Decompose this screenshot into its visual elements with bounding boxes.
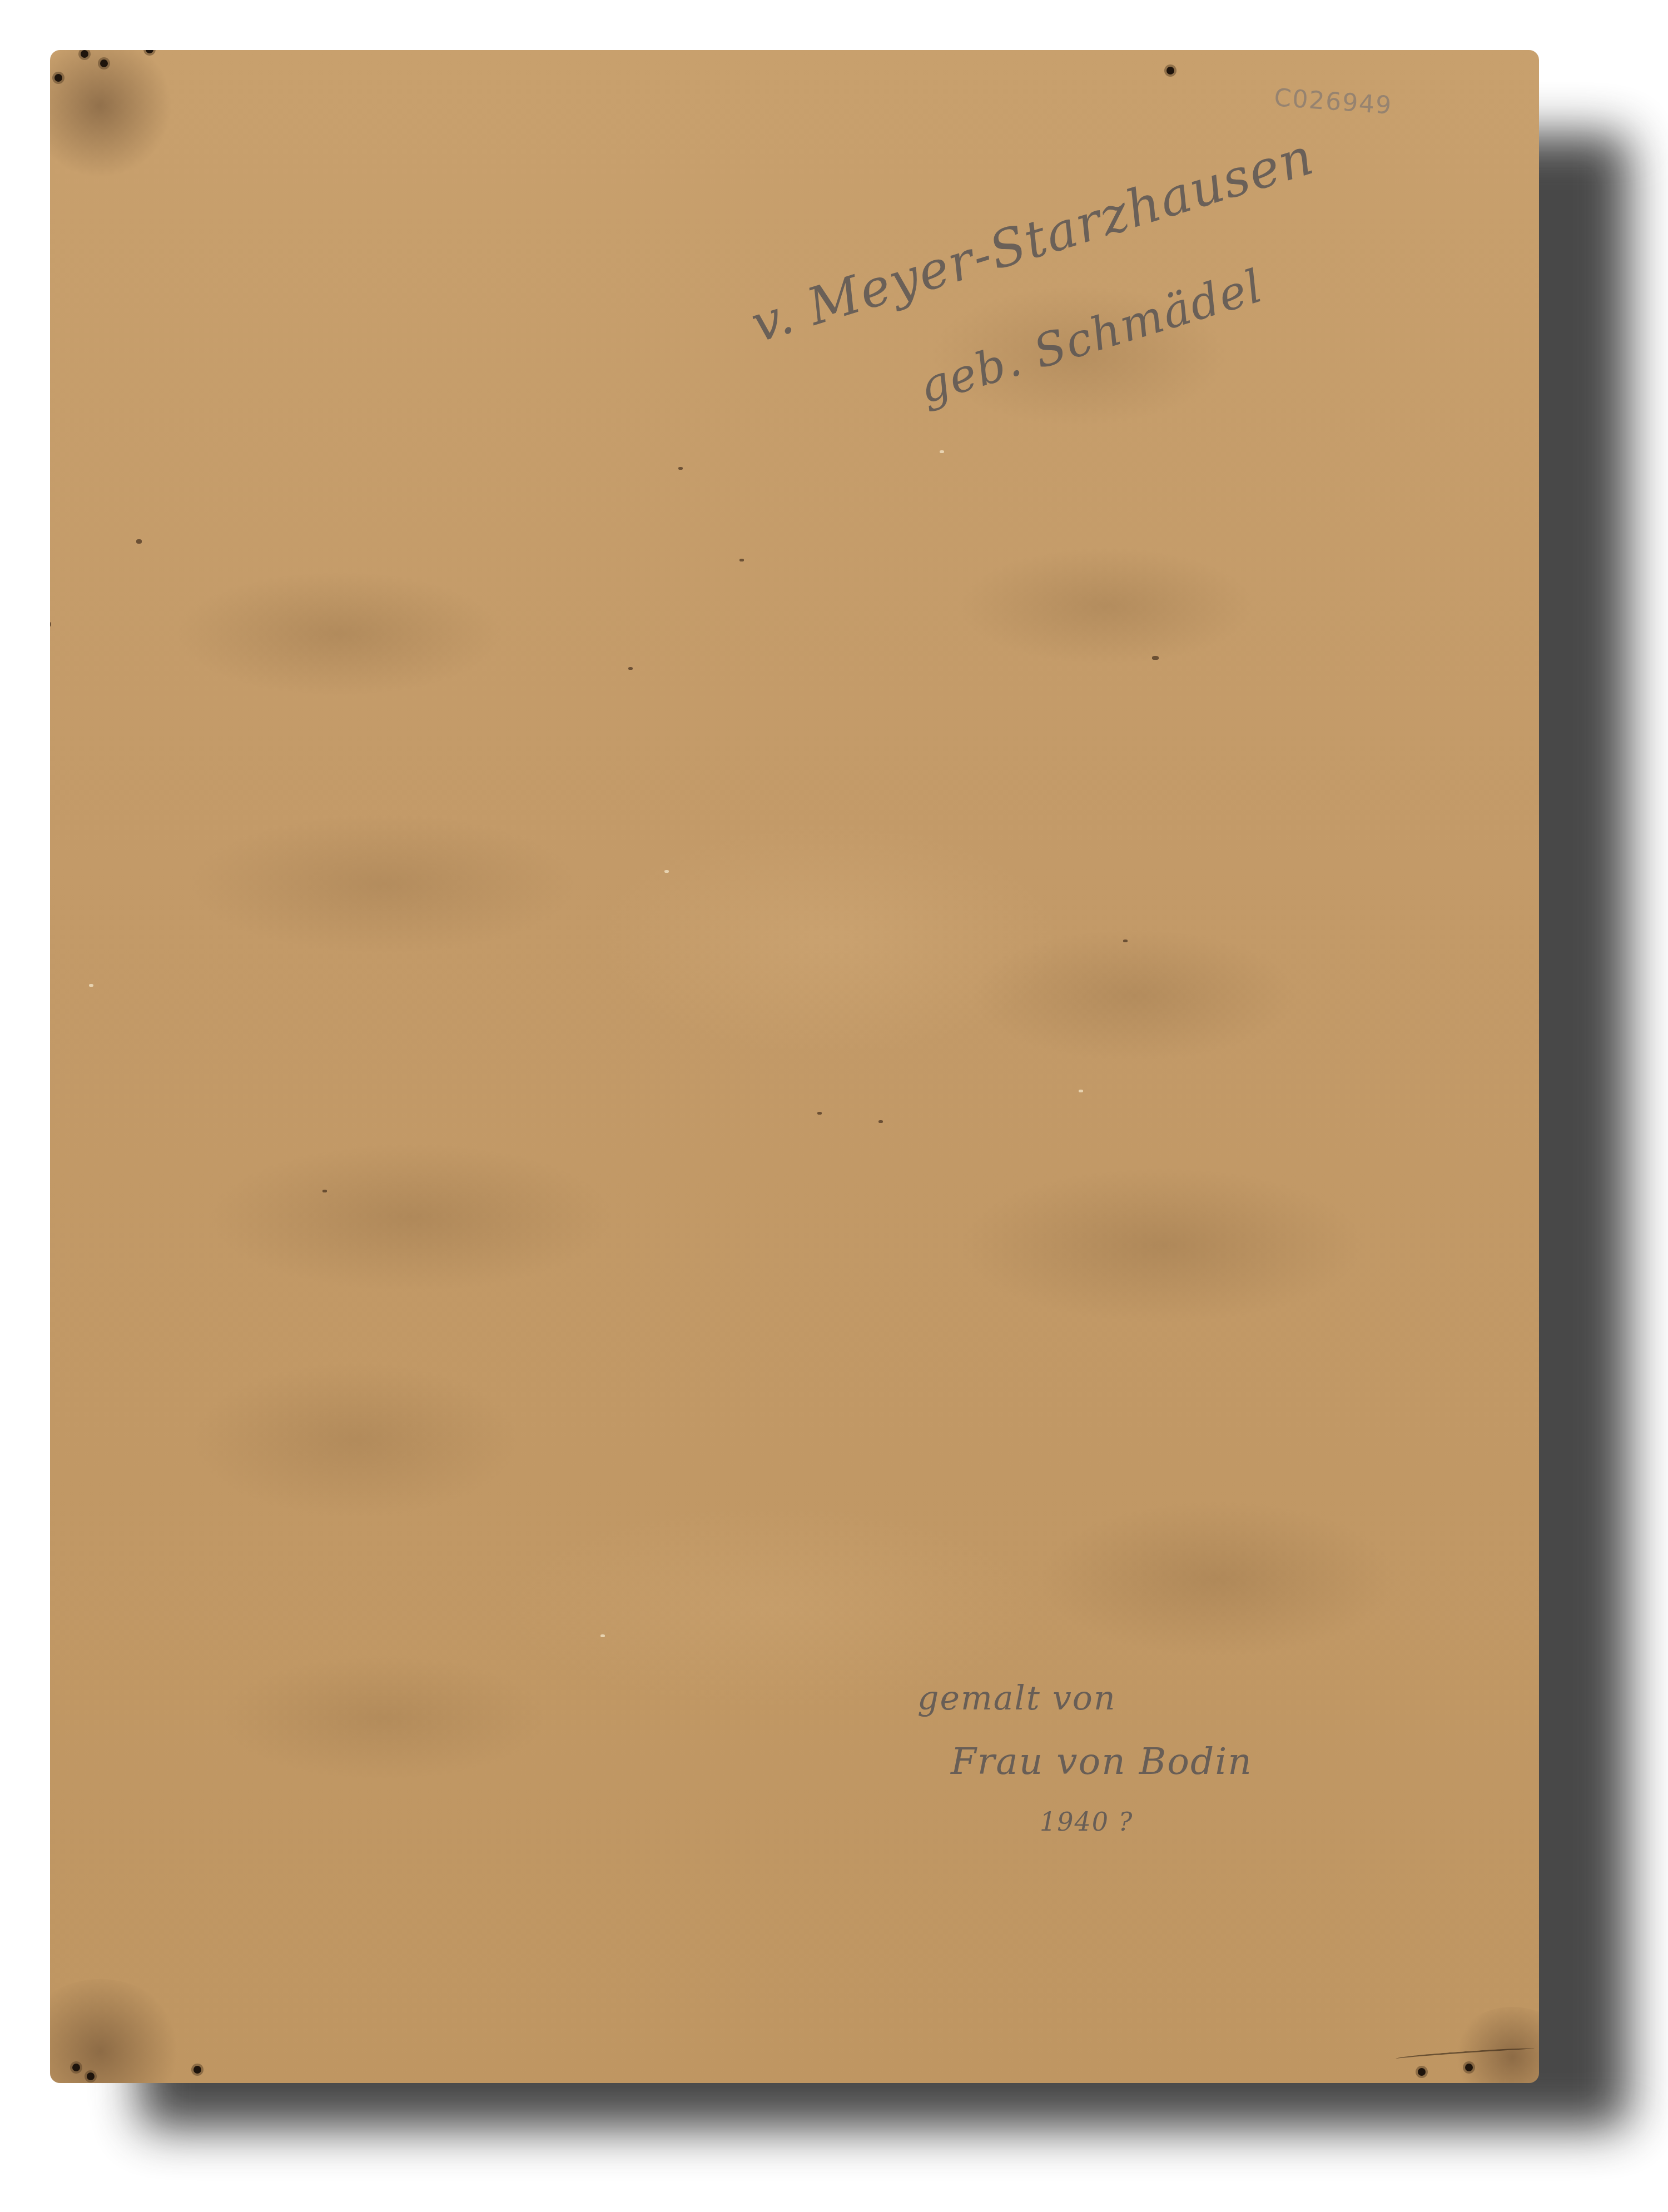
fibre-fleck bbox=[136, 539, 142, 544]
nail-hole bbox=[87, 2072, 95, 2080]
nail-hole bbox=[1166, 67, 1174, 74]
fibre-fleck bbox=[678, 467, 683, 470]
fibre-fleck bbox=[1152, 656, 1159, 660]
nail-hole bbox=[1418, 2068, 1426, 2076]
fibre-fleck bbox=[739, 559, 744, 561]
nail-hole bbox=[72, 2064, 80, 2071]
nail-hole bbox=[54, 74, 62, 82]
fibre-fleck bbox=[1123, 940, 1128, 942]
nail-hole bbox=[100, 59, 108, 67]
board-back-panel: C026949 v. Meyer-Starzhausen geb. Schmäd… bbox=[50, 50, 1539, 2083]
corner-stain-bottom-right bbox=[1451, 2007, 1539, 2083]
nail-hole bbox=[193, 2066, 201, 2074]
fibre-fleck bbox=[878, 1120, 883, 1123]
fibre-fleck bbox=[628, 667, 633, 670]
nail-hole bbox=[1465, 2064, 1473, 2071]
corner-stain-bottom-left bbox=[50, 1979, 183, 2083]
fibre-fleck bbox=[50, 622, 51, 627]
fibre-fleck-light bbox=[1079, 1090, 1083, 1092]
fibre-fleck-light bbox=[664, 870, 669, 873]
fibre-fleck bbox=[817, 1112, 822, 1115]
fibre-fleck-light bbox=[940, 450, 944, 453]
attribution-artist-name: Frau von Bodin bbox=[951, 1740, 1253, 1783]
fibre-fleck-light bbox=[600, 1634, 605, 1637]
fibre-fleck bbox=[322, 1190, 327, 1192]
attribution-painted-by: gemalt von bbox=[917, 1679, 1116, 1718]
fibre-fleck-light bbox=[89, 984, 93, 987]
attribution-date: 1940 ? bbox=[1040, 1807, 1133, 1837]
corner-stain-top-left bbox=[50, 50, 172, 178]
nail-hole bbox=[81, 50, 88, 58]
inventory-number-inscription: C026949 bbox=[1273, 83, 1393, 120]
